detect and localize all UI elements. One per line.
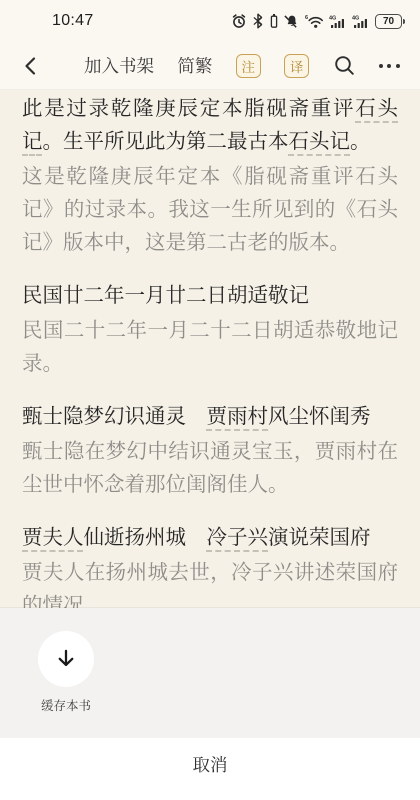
status-time: 10:47: [52, 12, 94, 30]
text-segment: 风尘怀闺秀: [268, 405, 371, 428]
nav-bar: 加入书架 简繁 注 译: [0, 42, 420, 90]
text-segment: 民国廿二年一月廿二日胡适敬记: [22, 284, 309, 307]
svg-text:6: 6: [305, 15, 308, 21]
paragraph-original: 甄士隐梦幻识通灵 贾雨村风尘怀闺秀: [22, 400, 398, 433]
text-segment: 演说荣国府: [268, 526, 371, 549]
text-segment: 甄士隐在梦幻中结识通灵宝玉，贾雨村在尘世中怀念着那位闺阁佳人。: [22, 440, 398, 496]
text-segment: 此是过录乾隆庚辰定本脂砚斋重评: [22, 97, 355, 120]
annotated-term[interactable]: 贾雨村: [207, 405, 269, 428]
paragraph-original: 民国廿二年一月廿二日胡适敬记: [22, 279, 398, 312]
search-button[interactable]: [333, 54, 356, 77]
download-arrow-icon: [53, 646, 79, 672]
chevron-left-icon: [20, 55, 42, 77]
status-bar: 10:47: [0, 0, 420, 42]
ellipsis-icon: [379, 64, 400, 68]
download-circle: [38, 631, 94, 687]
battery-icon: 70: [375, 14, 402, 29]
text-segment: 民国二十二年一月二十二日胡适恭敬地记录。: [22, 319, 398, 375]
annotated-term[interactable]: 石头记: [289, 130, 351, 153]
mute-icon: [284, 13, 300, 29]
back-button[interactable]: [20, 53, 46, 79]
add-to-shelf-button[interactable]: 加入书架: [84, 53, 154, 78]
cache-book-label: 缓存本书: [36, 696, 96, 714]
wifi6-icon: 6: [305, 14, 324, 29]
bottom-sheet-panel: 缓存本书: [0, 608, 420, 738]
nav-items: 加入书架 简繁 注 译: [84, 53, 400, 78]
annotated-term[interactable]: 冷子兴: [207, 526, 269, 549]
reading-content: 此是过录乾隆庚辰定本脂砚斋重评石头记。生平所见此为第二最古本石头记。这是乾隆庚辰…: [0, 90, 420, 622]
text-segment: 这是乾隆庚辰年定本《脂砚斋重评石头记》的过录本。我这一生所见到的《石头记》版本中…: [22, 165, 398, 254]
bluetooth-icon: [252, 13, 264, 29]
status-icons: 6 4G 4G: [231, 13, 402, 29]
text-segment: 仙逝扬州城: [84, 526, 207, 549]
paragraph-original: 贾夫人仙逝扬州城 冷子兴演说荣国府: [22, 521, 398, 554]
svg-text:4G: 4G: [352, 15, 359, 21]
paragraph-translation: 民国二十二年一月二十二日胡适恭敬地记录。: [22, 314, 398, 380]
text-segment: 。生平所见此为第二最古本: [43, 130, 289, 153]
signal-4g-icon: 4G: [352, 14, 370, 29]
bottom-sheet: 缓存本书 取消: [0, 608, 420, 800]
cancel-button[interactable]: 取消: [0, 738, 420, 800]
battery-percent: 70: [383, 16, 394, 27]
annotated-term[interactable]: 贾夫人: [22, 526, 84, 549]
screen: 10:47: [0, 0, 420, 800]
alarm-icon: [231, 13, 247, 29]
search-icon: [333, 54, 356, 77]
text-segment: 。: [350, 130, 371, 153]
annotation-toggle-badge[interactable]: 注: [236, 54, 261, 78]
simplified-traditional-toggle[interactable]: 简繁: [177, 53, 212, 78]
cache-book-button[interactable]: 缓存本书: [36, 631, 96, 714]
paragraph-original: 此是过录乾隆庚辰定本脂砚斋重评石头记。生平所见此为第二最古本石头记。: [22, 92, 398, 158]
device-battery-icon: [269, 13, 279, 29]
paragraph-translation: 这是乾隆庚辰年定本《脂砚斋重评石头记》的过录本。我这一生所见到的《石头记》版本中…: [22, 160, 398, 259]
signal-4g-icon: 4G: [329, 14, 347, 29]
more-button[interactable]: [379, 64, 400, 68]
translation-toggle-badge[interactable]: 译: [284, 54, 309, 78]
text-segment: 甄士隐梦幻识通灵: [22, 405, 207, 428]
svg-text:4G: 4G: [329, 15, 336, 21]
paragraph-translation: 甄士隐在梦幻中结识通灵宝玉，贾雨村在尘世中怀念着那位闺阁佳人。: [22, 435, 398, 501]
